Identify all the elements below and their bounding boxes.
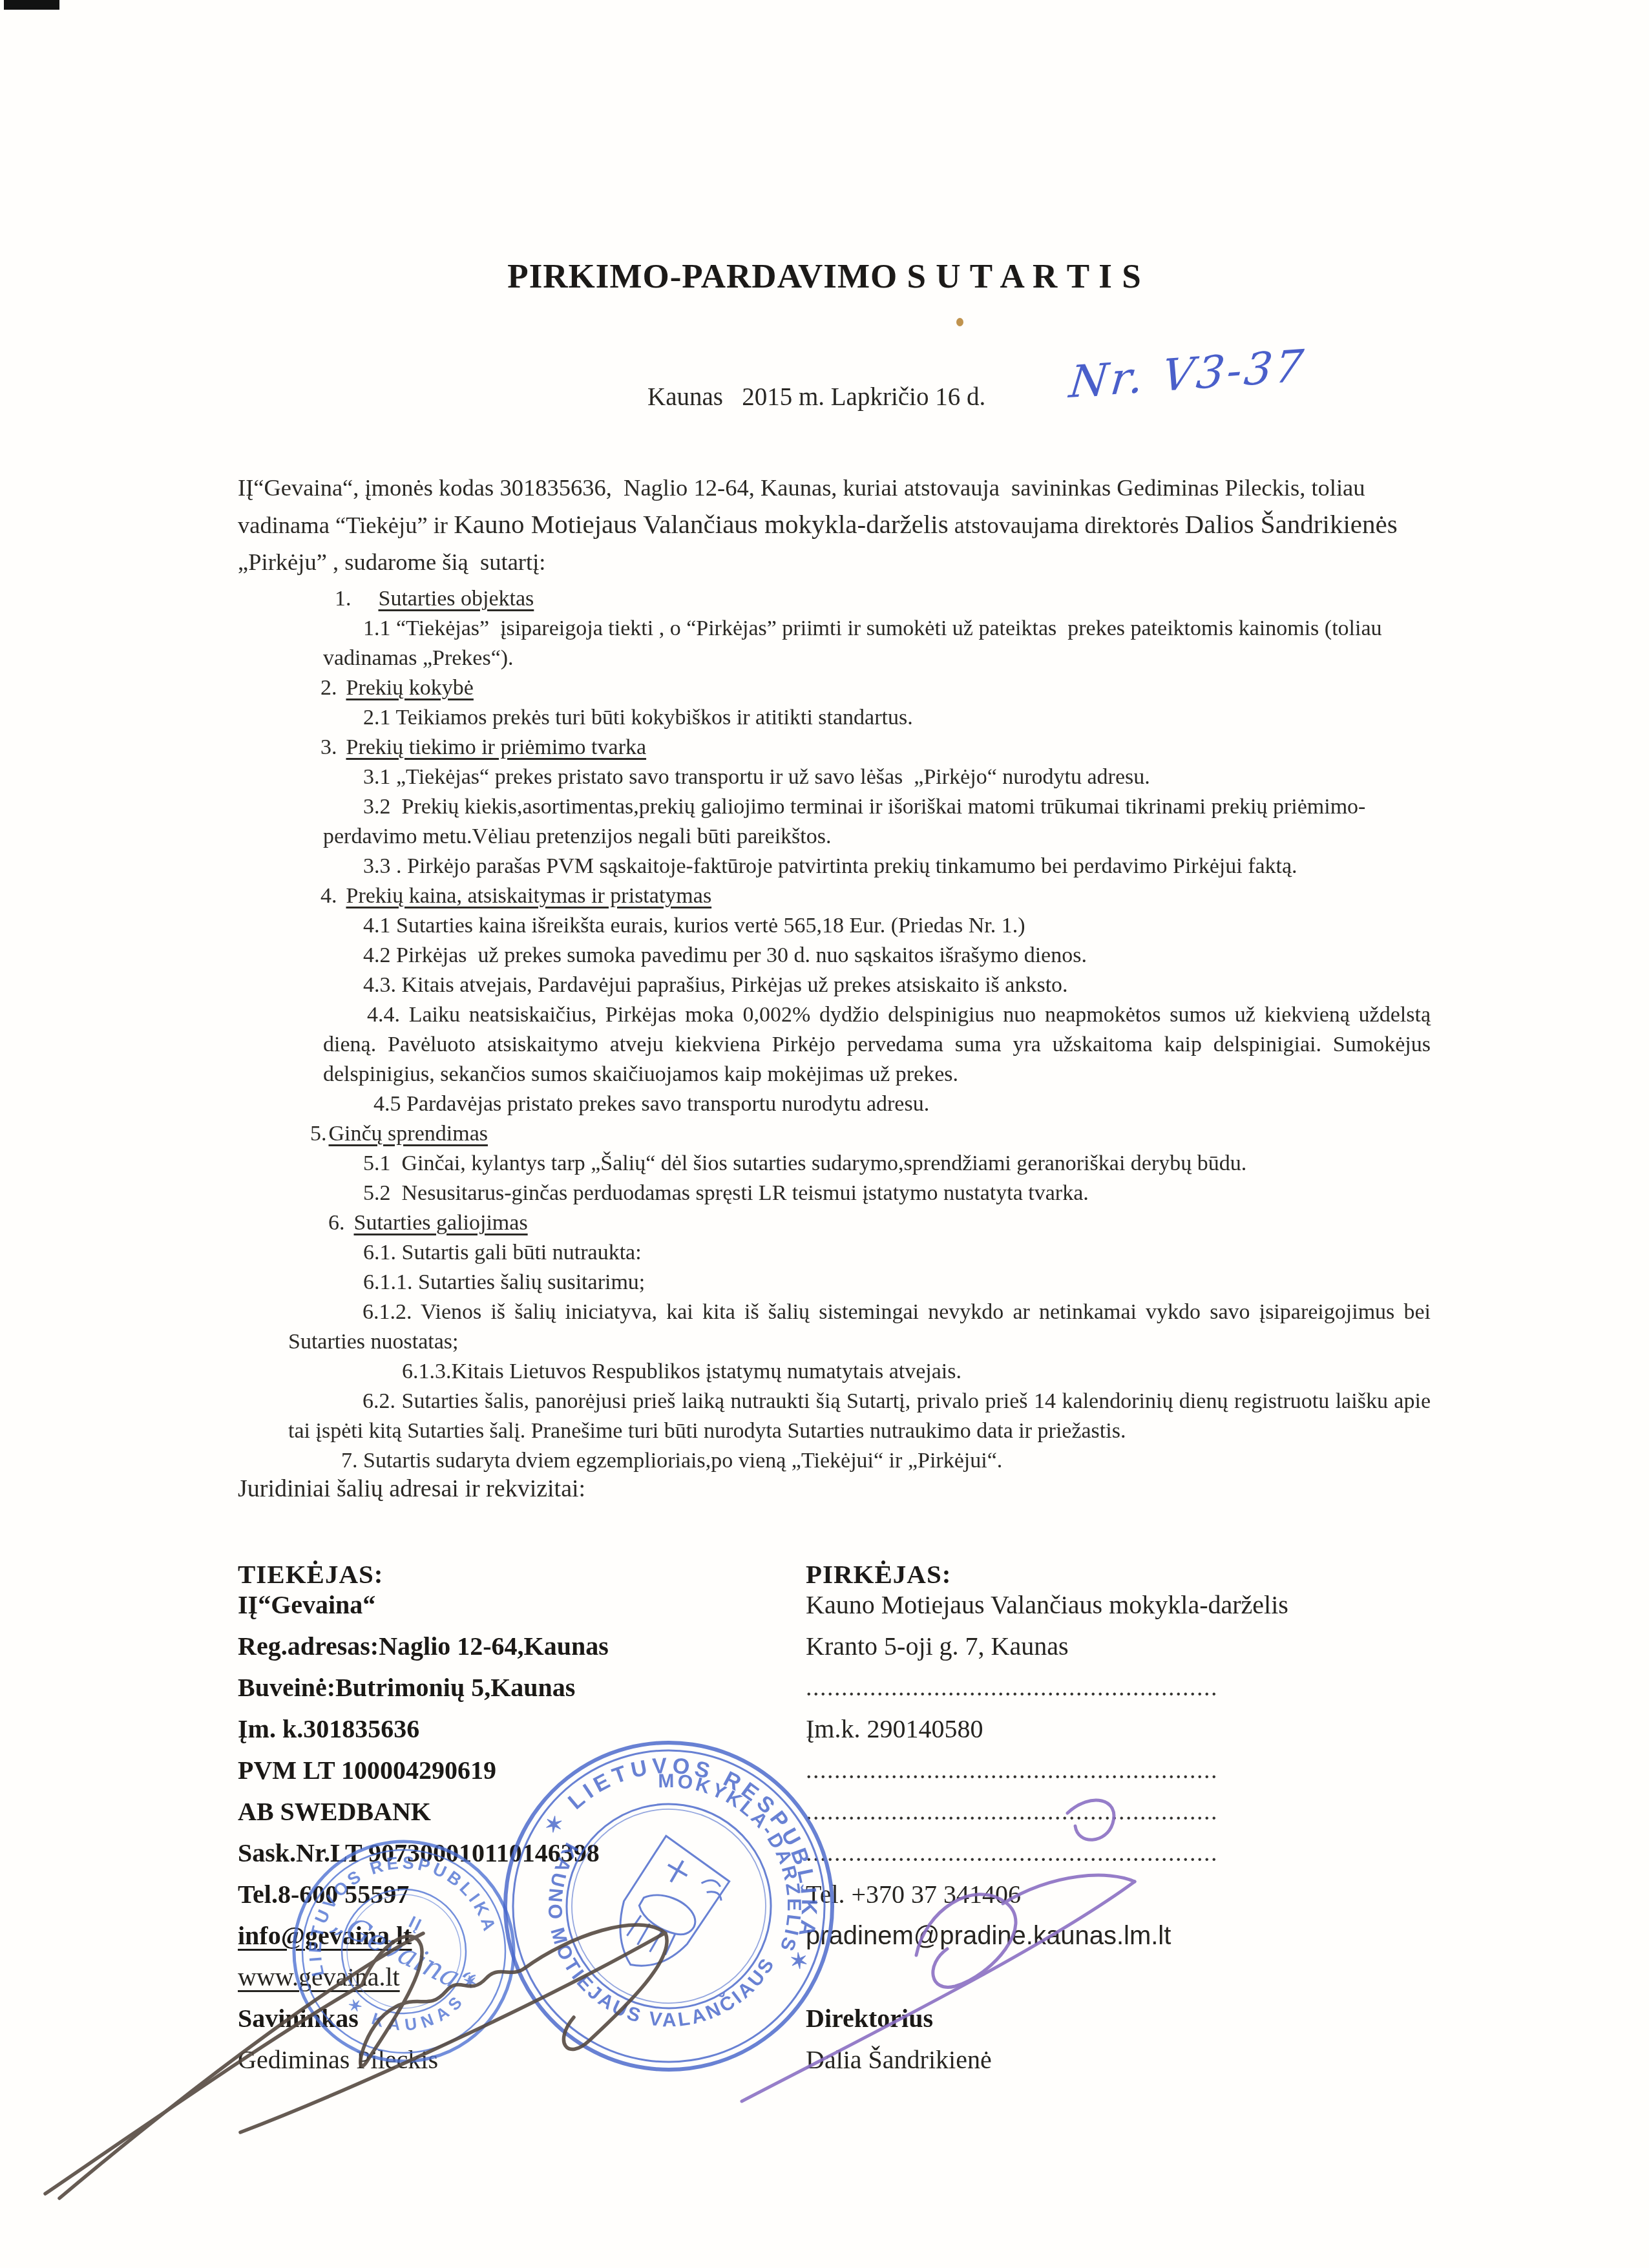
buyer-fill-in-line: ........................................… xyxy=(806,1791,1452,1832)
clause-paragraph: 2.1 Teikiamos prekės turi būti kokybiško… xyxy=(323,703,1431,733)
handwritten-contract-number: Nr. V3-37 xyxy=(1067,341,1308,408)
clause-heading-text: Prekių kokybė xyxy=(346,676,474,700)
clause-heading: 2.Prekių kokybė xyxy=(320,673,1431,703)
clause-number: 2. xyxy=(320,676,337,700)
clause-paragraph: 4.5 Pardavėjas pristato prekes savo tran… xyxy=(323,1089,1431,1119)
clause-heading-text: Prekių kaina, atsiskaitymas ir pristatym… xyxy=(346,884,712,908)
buyer-line: Dalia Šandrikienė xyxy=(806,2039,1452,2081)
clause-number: 1. xyxy=(335,587,352,611)
buyer-line: Kranto 5-oji g. 7, Kaunas xyxy=(806,1626,1452,1667)
clause-paragraph: 4.2 Pirkėjas už prekes sumoka pavedimu p… xyxy=(323,941,1431,971)
clause-paragraph: 6.1.3.Kitais Lietuvos Respublikos įstaty… xyxy=(288,1357,1431,1387)
clause-paragraph: 5.2 Nesusitarus-ginčas perduodamas spręs… xyxy=(323,1179,1431,1208)
buyer-line: Tel. +370 37 341406 xyxy=(806,1874,1452,1915)
clause-number: 5. xyxy=(310,1122,327,1146)
clause-paragraph: 5.1 Ginčai, kylantys tarp „Šalių“ dėl ši… xyxy=(323,1149,1431,1179)
clause-paragraph: 1.1 “Tiekėjas” įsipareigoja tiekti , o “… xyxy=(323,614,1431,673)
clause-heading: 5.Ginčų sprendimas xyxy=(310,1119,1431,1149)
clause-heading-text: Sutarties galiojimas xyxy=(354,1211,528,1235)
clause-paragraph: 3.1 „Tiekėjas“ prekes pristato savo tran… xyxy=(323,762,1431,792)
clause-number: 3. xyxy=(320,735,337,759)
buyer-line: Įm.k. 290140580 xyxy=(806,1708,1452,1750)
supplier-line: Tel.8-600 55597 xyxy=(238,1874,793,1915)
date-line: Kaunas 2015 m. Lapkričio 16 d. xyxy=(647,383,985,412)
buyer-line: Kauno Motiejaus Valančiaus mokykla-darže… xyxy=(806,1584,1452,1626)
clause-paragraph: 4.3. Kitais atvejais, Pardavėjui papraši… xyxy=(323,971,1431,1000)
supplier-line: Savininkas xyxy=(238,1998,793,2039)
buyer-fill-in-line: ........................................… xyxy=(806,1832,1452,1874)
clause-paragraph: 4.4. Laiku neatsiskaičius, Pirkėjas moka… xyxy=(323,1000,1431,1089)
clause-number: 6. xyxy=(328,1211,345,1235)
buyer-line xyxy=(806,1957,1452,1998)
contract-document-page: PIRKIMO-PARDAVIMO S U T A R T I S Kaunas… xyxy=(0,0,1649,2268)
buyer-requisites: Kauno Motiejaus Valančiaus mokykla-darže… xyxy=(806,1584,1452,2081)
clause-number: 4. xyxy=(320,884,337,908)
clause-heading-text: Sutarties objektas xyxy=(379,587,534,611)
clause-paragraph: 6.1.2. Vienos iš šalių iniciatyva, kai k… xyxy=(288,1297,1431,1357)
intro-part-3: atstovaujama direktorės xyxy=(949,512,1185,538)
buyer-fill-in-line: ........................................… xyxy=(806,1667,1452,1708)
clause-paragraph: 3.2 Prekių kiekis,asortimentas,prekių ga… xyxy=(323,792,1431,852)
supplier-line: Sask.Nr.LT 907300010110146398 xyxy=(238,1832,793,1874)
scan-corner-artifact xyxy=(4,0,59,10)
clause-heading: 3.Prekių tiekimo ir priėmimo tvarka xyxy=(320,733,1431,762)
clause-paragraph: 3.3 . Pirkėjo parašas PVM sąskaitoje-fak… xyxy=(323,852,1431,881)
supplier-line: PVM LT 100004290619 xyxy=(238,1750,793,1791)
clause-heading: 6.Sutarties galiojimas xyxy=(328,1208,1431,1238)
clause-heading-text: Prekių tiekimo ir priėmimo tvarka xyxy=(346,735,647,759)
supplier-line: IĮ“Gevaina“ xyxy=(238,1584,793,1626)
clause-paragraph: 7. Sutartis sudaryta dviem egzemplioriai… xyxy=(288,1446,1431,1476)
contract-title: PIRKIMO-PARDAVIMO S U T A R T I S xyxy=(0,257,1649,296)
supplier-line: Įm. k.301835636 xyxy=(238,1708,793,1750)
clause-paragraph: 6.1.1. Sutarties šalių susitarimu; xyxy=(323,1268,1431,1297)
buyer-line: pradinem@pradine.kaunas.lm.lt xyxy=(806,1915,1452,1957)
intro-paragraph: IĮ“Gevaina“, įmonės kodas 301835636, Nag… xyxy=(238,469,1441,580)
intro-director-name: Dalios Šandrikienės xyxy=(1185,509,1398,539)
buyer-line: Direktorius xyxy=(806,1998,1452,2039)
supplier-line: Buveinė:Butrimonių 5,Kaunas xyxy=(238,1667,793,1708)
clause-heading-text: Ginčų sprendimas xyxy=(329,1122,488,1146)
contract-clauses: 1.Sutarties objektas1.1 “Tiekėjas” įsipa… xyxy=(238,584,1431,1476)
supplier-line: Reg.adresas:Naglio 12-64,Kaunas xyxy=(238,1626,793,1667)
clause-paragraph: 6.1. Sutartis gali būti nutraukta: xyxy=(323,1238,1431,1268)
buyer-fill-in-line: ........................................… xyxy=(806,1750,1452,1791)
clause-heading: 4.Prekių kaina, atsiskaitymas ir pristat… xyxy=(320,881,1431,911)
clause-paragraph: 4.1 Sutarties kaina išreikšta eurais, ku… xyxy=(323,911,1431,941)
requisites-heading: Juridiniai šalių adresai ir rekvizitai: xyxy=(238,1475,585,1503)
clause-paragraph: 6.2. Sutarties šalis, panorėjusi prieš l… xyxy=(288,1387,1431,1446)
scan-speck-artifact xyxy=(956,318,963,326)
supplier-line: AB SWEDBANK xyxy=(238,1791,793,1832)
supplier-line: www.gevaina.lt xyxy=(238,1957,793,1998)
supplier-line: info@gevaina.lt xyxy=(238,1915,793,1957)
supplier-requisites: IĮ“Gevaina“Reg.adresas:Naglio 12-64,Kaun… xyxy=(238,1584,793,2081)
clause-heading: 1.Sutarties objektas xyxy=(335,584,1431,614)
intro-buyer-name: Kauno Motiejaus Valančiaus mokykla-darže… xyxy=(454,509,949,539)
supplier-line: Gediminas Pileckis xyxy=(238,2039,793,2081)
